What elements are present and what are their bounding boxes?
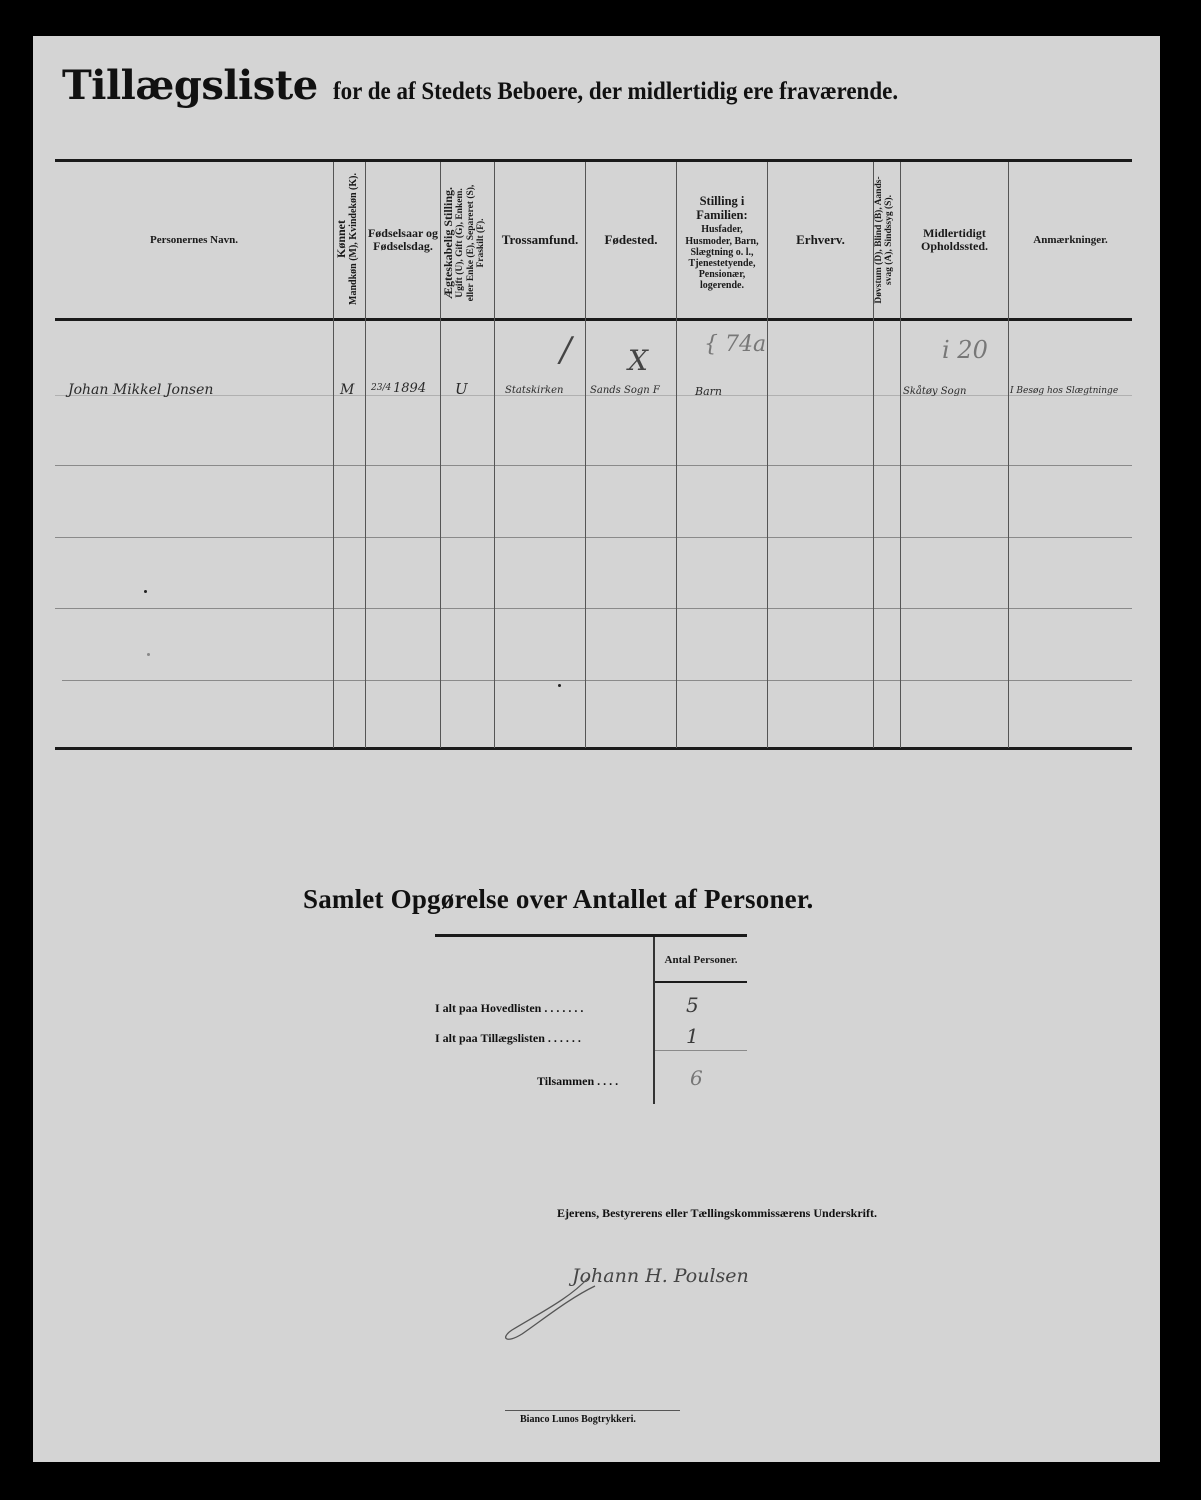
header-religion: Trossamfund. xyxy=(495,162,585,318)
cell-family-role: Barn xyxy=(695,385,722,398)
header-family-role: Stilling i Familien: Husfader, Husmoder,… xyxy=(677,178,767,308)
ink-speck xyxy=(144,590,147,593)
summary-column-header: Antal Personer. xyxy=(656,941,746,979)
cell-birthplace: Sands Sogn F xyxy=(590,385,660,396)
cell-temp-residence: Skåtøy Sogn xyxy=(903,386,966,397)
header-birth: Fødselsaar og Fødselsdag. xyxy=(366,162,440,318)
cell-role-annotation: { 74a xyxy=(704,332,766,357)
cell-remarks: I Besøg hos Slægtninge xyxy=(1010,386,1118,396)
header-occupation: Erhverv. xyxy=(768,162,873,318)
cell-religion-mark: / xyxy=(560,330,571,370)
form-title-subtitle: for de af Stedets Beboere, der midlertid… xyxy=(333,78,898,106)
cell-residence-annotation: i 20 xyxy=(942,336,988,364)
table-row xyxy=(55,466,1132,537)
header-disability: Døvstum (D), Blind (B), Aands- svag (A),… xyxy=(874,172,898,308)
table-row xyxy=(55,681,1132,747)
form-title-main: Tillægsliste xyxy=(62,62,318,109)
summary-label-hovedlisten: I alt paa Hovedlisten . . . . . . . xyxy=(435,1001,583,1016)
cell-name: Johan Mikkel Jonsen xyxy=(68,382,213,398)
cell-birthplace-mark: X xyxy=(628,344,648,377)
summary-title: Samlet Opgørelse over Antallet af Person… xyxy=(303,884,814,915)
ink-speck xyxy=(558,684,561,687)
summary-label-tillaegslisten: I alt paa Tillægslisten . . . . . . xyxy=(435,1031,581,1046)
header-marital: Ægteskabelig Stilling. Ugift (U), Gift (… xyxy=(442,173,492,313)
header-name: Personernes Navn. xyxy=(55,162,333,318)
header-temp-residence: Midlertidigt Opholdssted. xyxy=(901,162,1008,318)
header-bottom-rule xyxy=(55,318,1132,321)
signature-flourish-icon xyxy=(500,1268,600,1343)
table-row xyxy=(55,538,1132,608)
cell-birth-year: 1894 xyxy=(393,381,426,396)
summary-value-total: 6 xyxy=(690,1066,703,1090)
summary-divider xyxy=(653,937,655,1104)
summary-label-total: Tilsammen . . . . xyxy=(537,1074,618,1089)
cell-marital: U xyxy=(455,380,468,398)
ink-speck xyxy=(147,653,150,656)
table-row xyxy=(55,609,1132,680)
header-birthplace: Fødested. xyxy=(586,162,676,318)
header-remarks: Anmærkninger. xyxy=(1009,162,1132,318)
cell-religion: Statskirken xyxy=(505,385,563,396)
summary-subtotal-rule xyxy=(655,1050,747,1051)
summary-top-rule xyxy=(435,934,747,937)
printer-rule xyxy=(505,1410,680,1411)
form-title: Tillægsliste for de af Stedets Beboere, … xyxy=(62,62,1092,109)
cell-gender: M xyxy=(340,382,354,398)
summary-header-rule xyxy=(655,981,747,983)
header-gender: Kønnet Mandkøn (M), Kvindekøn (K). xyxy=(335,169,363,309)
signature-caption: Ejerens, Bestyrerens eller Tællingskommi… xyxy=(557,1206,877,1221)
summary-value-tillaegslisten: 1 xyxy=(686,1024,699,1048)
cell-birth-day: 23/4 xyxy=(371,383,391,393)
printer-imprint: Bianco Lunos Bogtrykkeri. xyxy=(520,1414,636,1425)
summary-value-hovedlisten: 5 xyxy=(686,993,699,1017)
table-bottom-rule xyxy=(55,747,1132,750)
